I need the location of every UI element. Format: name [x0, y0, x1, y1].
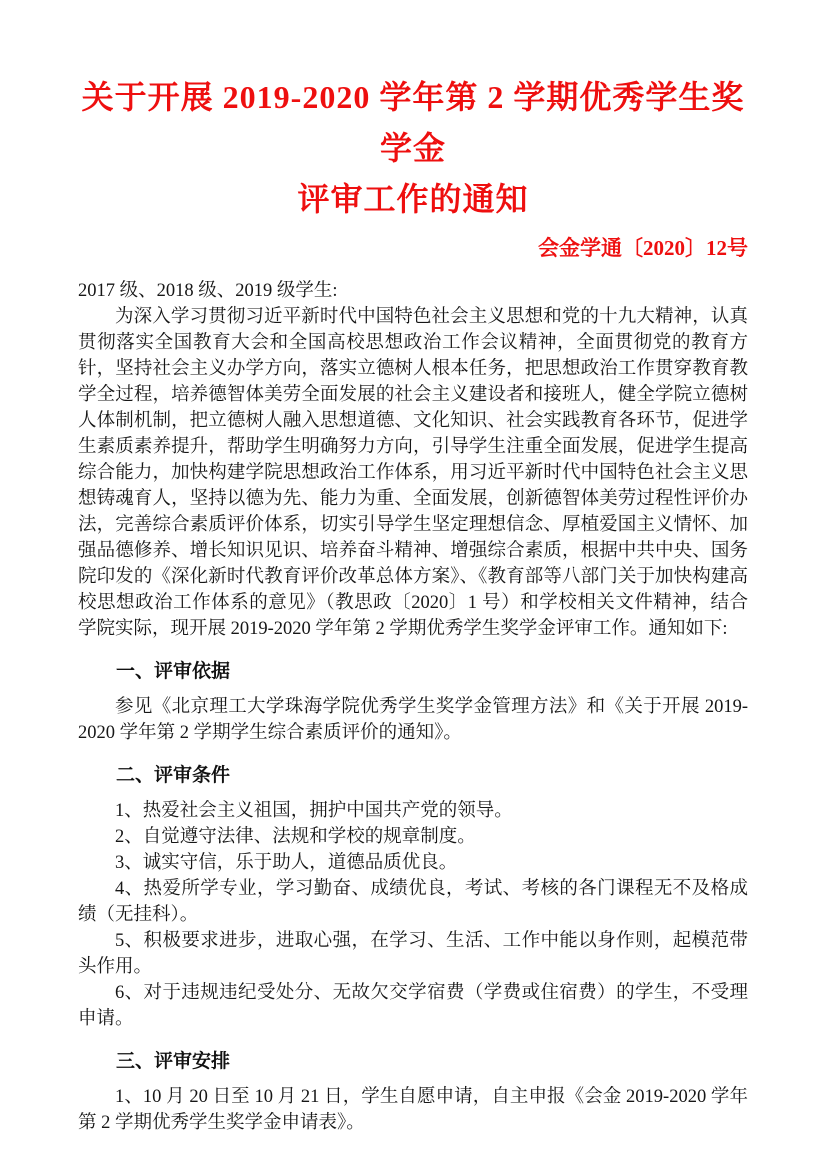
condition-item-5: 5、积极要求进步，进取心强，在学习、生活、工作中能以身作则，起模范带头作用。	[78, 928, 748, 980]
condition-item-2: 2、自觉遵守法律、法规和学校的规章制度。	[78, 824, 748, 850]
notice-title-line1: 关于开展 2019-2020 学年第 2 学期优秀学生奖学金	[78, 72, 748, 174]
notice-title-line2: 评审工作的通知	[78, 174, 748, 225]
doc-number: 会金学通〔2020〕12号	[78, 234, 748, 262]
intro-paragraph: 为深入学习贯彻习近平新时代中国特色社会主义思想和党的十九大精神，认真贯彻落实全国…	[78, 304, 748, 642]
condition-item-4: 4、热爱所学专业，学习勤奋、成绩优良，考试、考核的各门课程无不及格成绩（无挂科）…	[78, 876, 748, 928]
document-page: 关于开展 2019-2020 学年第 2 学期优秀学生奖学金 评审工作的通知 会…	[0, 0, 827, 1169]
section-heading-conditions: 二、评审条件	[78, 763, 748, 789]
condition-item-3: 3、诚实守信，乐于助人，道德品质优良。	[78, 850, 748, 876]
section-heading-basis: 一、评审依据	[78, 659, 748, 685]
section-heading-schedule: 三、评审安排	[78, 1049, 748, 1075]
condition-item-1: 1、热爱社会主义祖国，拥护中国共产党的领导。	[78, 798, 748, 824]
basis-paragraph: 参见《北京理工大学珠海学院优秀学生奖学金管理方法》和《关于开展 2019-202…	[78, 694, 748, 746]
notice-body: 2017 级、2018 级、2019 级学生: 为深入学习贯彻习近平新时代中国特…	[78, 278, 748, 1136]
schedule-item-1: 1、10 月 20 日至 10 月 21 日，学生自愿申请，自主申报《会金 20…	[78, 1084, 748, 1136]
condition-item-6: 6、对于违规违纪受处分、无故欠交学宿费（学费或住宿费）的学生，不受理申请。	[78, 980, 748, 1032]
notice-title: 关于开展 2019-2020 学年第 2 学期优秀学生奖学金 评审工作的通知	[78, 72, 748, 225]
salutation: 2017 级、2018 级、2019 级学生:	[78, 278, 748, 304]
